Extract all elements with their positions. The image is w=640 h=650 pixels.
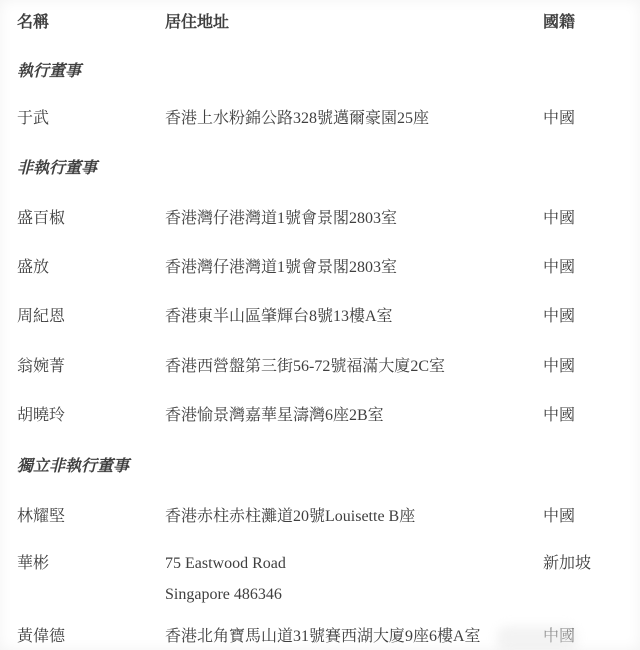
director-address: 香港赤柱赤柱灘道20號Louisette B座: [165, 508, 543, 526]
section-title-non-executive-directors: 非執行董事: [17, 160, 97, 178]
director-name: 胡曉玲: [17, 407, 165, 425]
section-title-independent-non-executive-directors: 獨立非執行董事: [17, 458, 129, 476]
director-name: 翁婉菁: [17, 358, 165, 376]
director-nationality: 中國: [543, 407, 640, 425]
document-page: 名稱 居住地址 國籍 執行董事 于武 香港上水粉錦公路328號邁爾豪園25座 中…: [0, 0, 640, 650]
director-address: 香港東半山區肇輝台8號13樓A室: [165, 308, 543, 326]
director-address: 香港上水粉錦公路328號邁爾豪園25座: [165, 110, 543, 128]
table-row: 黃偉德 香港北角寶馬山道31號賽西湖大廈9座6樓A室 中國: [0, 628, 640, 646]
director-address: 香港北角寶馬山道31號賽西湖大廈9座6樓A室: [165, 628, 543, 646]
director-address-line-1: 75 Eastwood Road: [165, 555, 543, 573]
table-row: 翁婉菁 香港西營盤第三街56-72號福滿大廈2C室 中國: [0, 358, 640, 376]
director-name: 周紀恩: [17, 308, 165, 326]
director-address: 香港西營盤第三街56-72號福滿大廈2C室: [165, 358, 543, 376]
table-header-row: 名稱 居住地址 國籍: [0, 14, 640, 32]
header-nationality: 國籍: [543, 14, 640, 32]
director-name: 林耀堅: [17, 508, 165, 526]
director-nationality: 中國: [543, 358, 640, 376]
director-nationality: 中國: [543, 210, 640, 228]
header-address: 居住地址: [165, 14, 543, 32]
director-name: 華彬: [17, 555, 165, 604]
director-address-line-2: Singapore 486346: [165, 586, 543, 604]
director-nationality: 中國: [543, 308, 640, 326]
director-nationality: 中國: [543, 628, 640, 646]
director-name: 于武: [17, 110, 165, 128]
table-row: 周紀恩 香港東半山區肇輝台8號13樓A室 中國: [0, 308, 640, 326]
director-name: 黃偉德: [17, 628, 165, 646]
table-row: 華彬 75 Eastwood Road Singapore 486346 新加坡: [0, 555, 640, 604]
section-title-executive-directors: 執行董事: [17, 63, 81, 81]
director-name: 盛放: [17, 259, 165, 277]
director-address: 香港灣仔港灣道1號會景閣2803室: [165, 259, 543, 277]
director-nationality: 中國: [543, 110, 640, 128]
table-row: 林耀堅 香港赤柱赤柱灘道20號Louisette B座 中國: [0, 508, 640, 526]
director-nationality: 中國: [543, 508, 640, 526]
director-address: 75 Eastwood Road Singapore 486346: [165, 555, 543, 604]
director-address: 香港灣仔港灣道1號會景閣2803室: [165, 210, 543, 228]
director-nationality: 新加坡: [543, 555, 640, 604]
director-address: 香港愉景灣嘉華星濤灣6座2B室: [165, 407, 543, 425]
table-row: 于武 香港上水粉錦公路328號邁爾豪園25座 中國: [0, 110, 640, 128]
table-row: 盛百椒 香港灣仔港灣道1號會景閣2803室 中國: [0, 210, 640, 228]
table-row: 胡曉玲 香港愉景灣嘉華星濤灣6座2B室 中國: [0, 407, 640, 425]
director-name: 盛百椒: [17, 210, 165, 228]
table-row: 盛放 香港灣仔港灣道1號會景閣2803室 中國: [0, 259, 640, 277]
director-nationality: 中國: [543, 259, 640, 277]
header-name: 名稱: [17, 14, 165, 32]
